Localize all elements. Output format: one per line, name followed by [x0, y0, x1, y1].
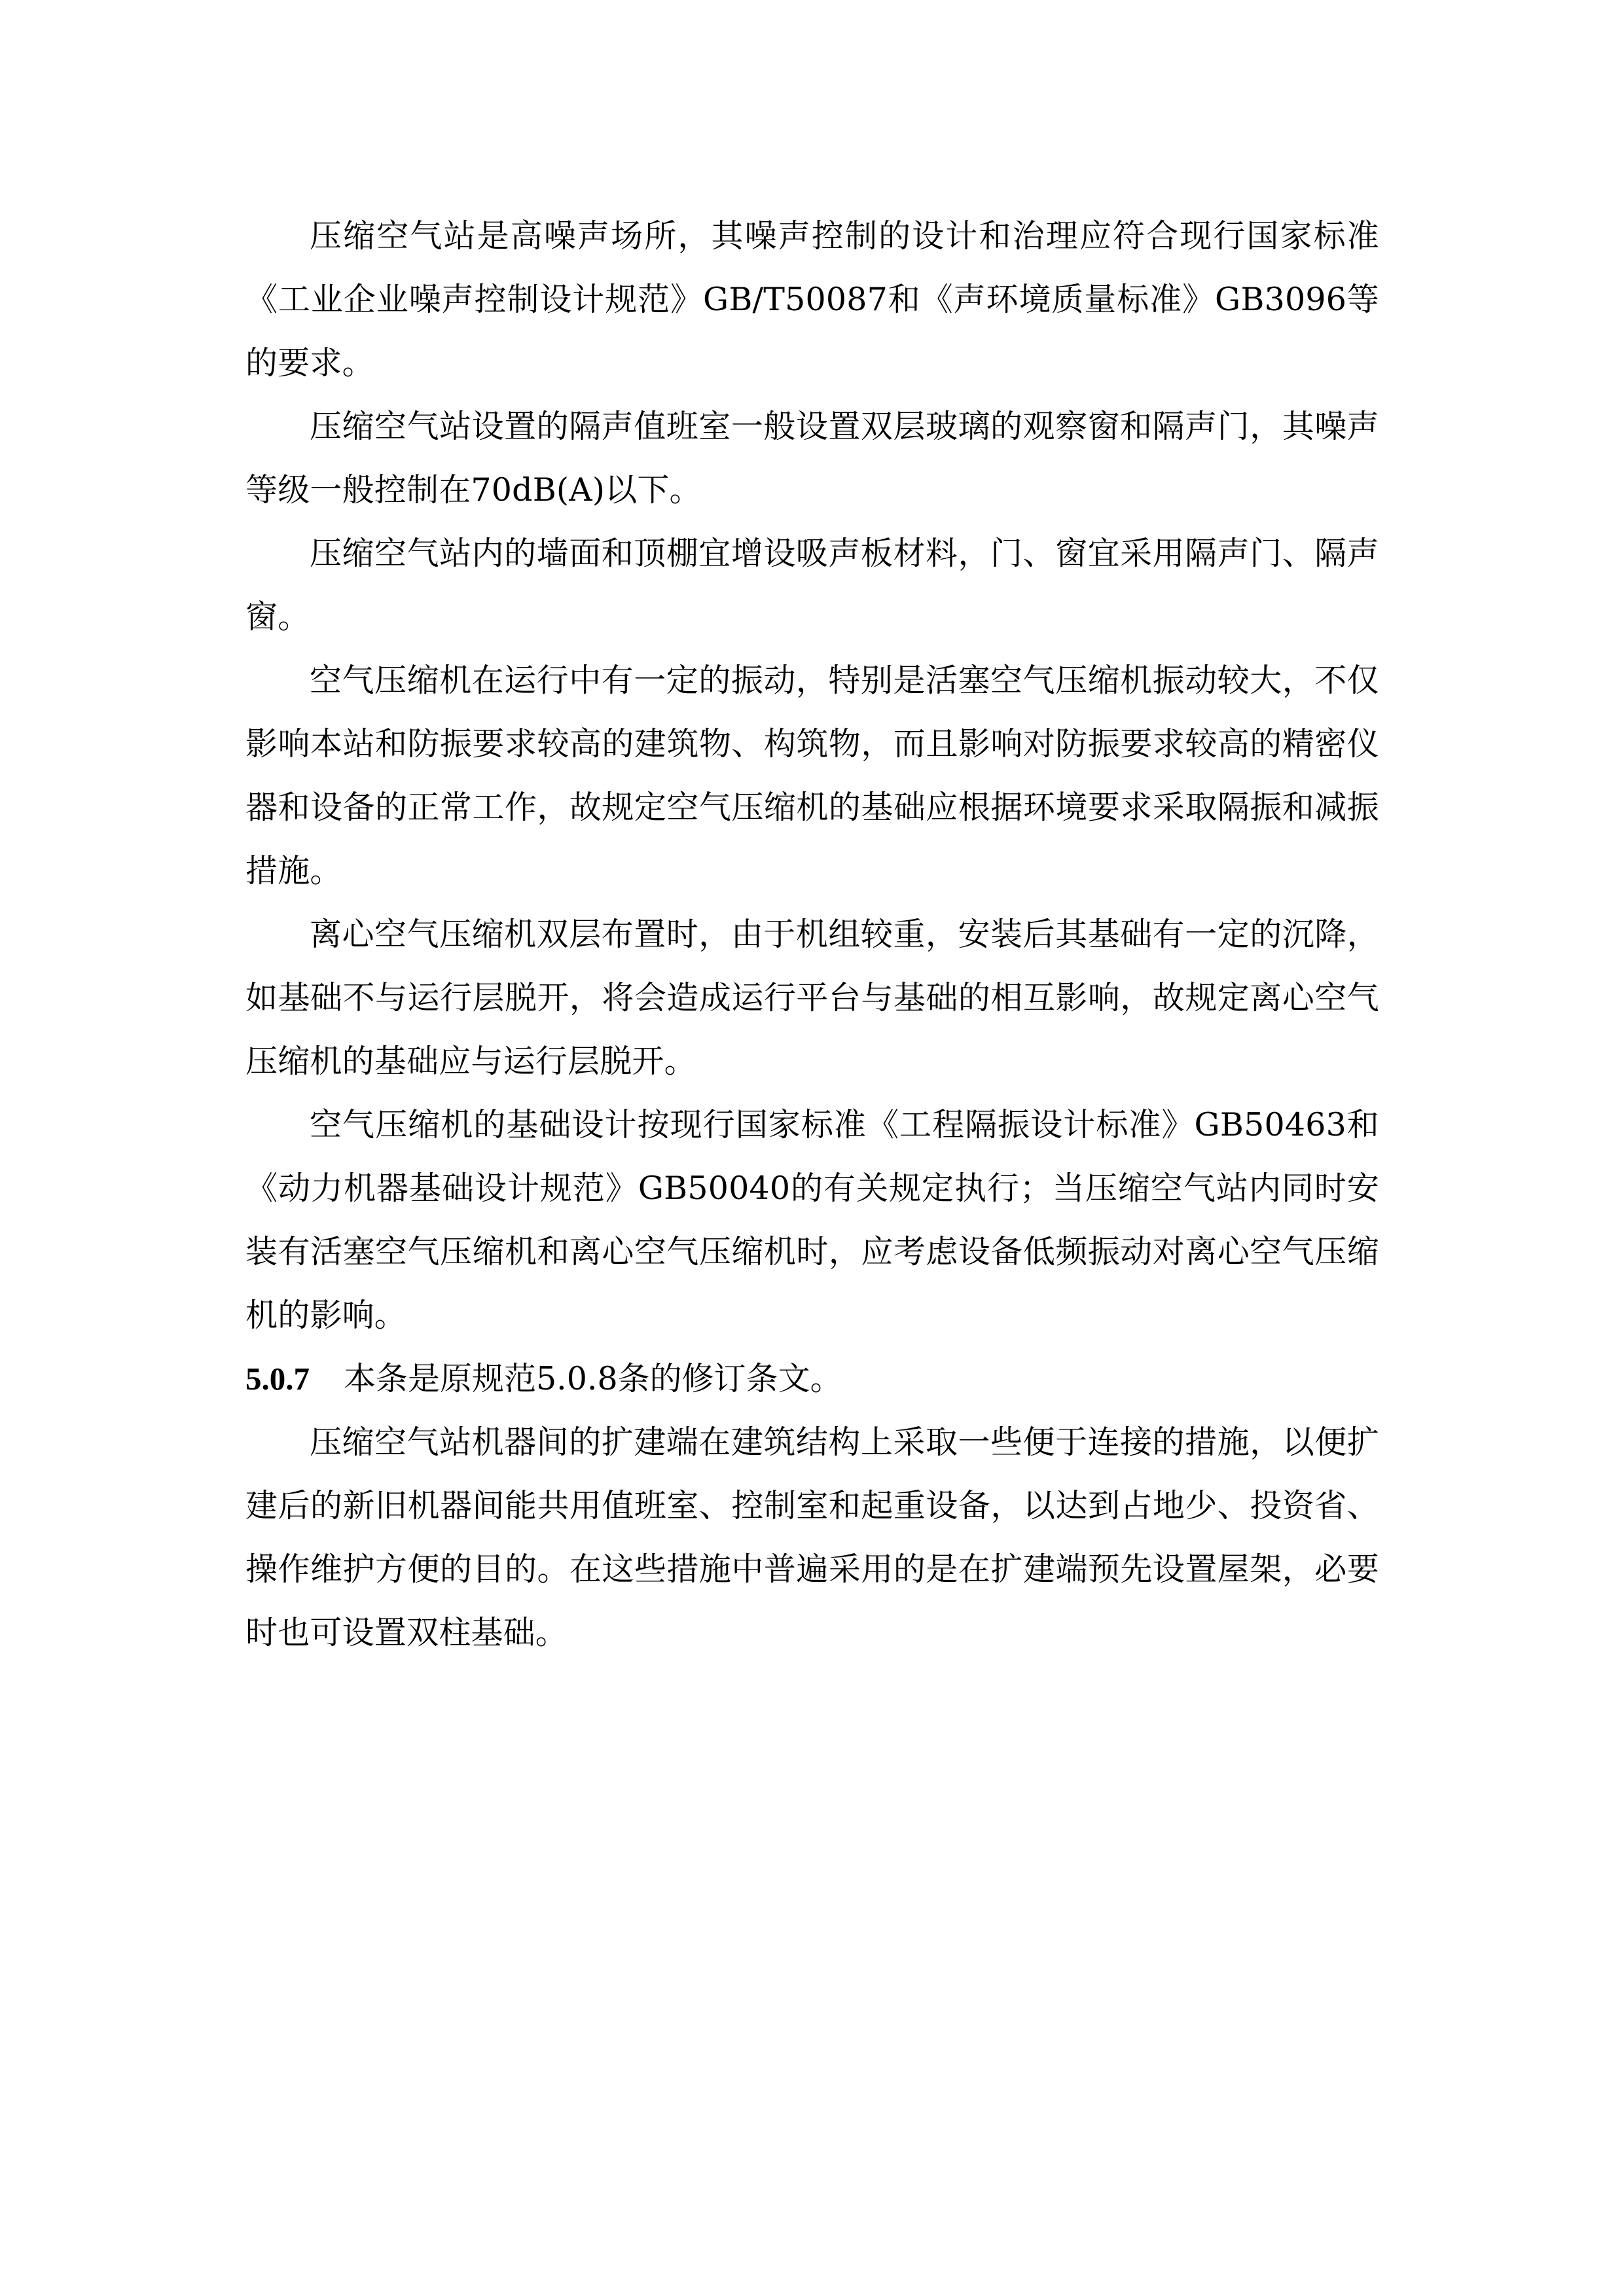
paragraph-centrifugal-foundation: 离心空气压缩机双层布置时，由于机组较重，安装后其基础有一定的沉降，如基础不与运行…	[245, 903, 1379, 1093]
paragraph-foundation-design-standards: 空气压缩机的基础设计按现行国家标准《工程隔振设计标准》GB50463和《动力机器…	[245, 1093, 1379, 1347]
paragraph-expansion-end: 压缩空气站机器间的扩建端在建筑结构上采取一些便于连接的措施，以便扩建后的新旧机器…	[245, 1410, 1379, 1664]
paragraph-sound-absorbing-materials: 压缩空气站内的墙面和顶棚宜增设吸声板材料，门、窗宜采用隔声门、隔声窗。	[245, 522, 1379, 649]
document-page: 压缩空气站是高噪声场所，其噪声控制的设计和治理应符合现行国家标准《工业企业噪声控…	[245, 204, 1379, 1664]
clause-heading: 5.0.7本条是原规范5.0.8条的修订条文。	[245, 1347, 1379, 1410]
paragraph-noise-control-standards: 压缩空气站是高噪声场所，其噪声控制的设计和治理应符合现行国家标准《工业企业噪声控…	[245, 204, 1379, 395]
clause-text: 本条是原规范5.0.8条的修订条文。	[344, 1360, 842, 1397]
paragraph-compressor-vibration: 空气压缩机在运行中有一定的振动，特别是活塞空气压缩机振动较大，不仅影响本站和防振…	[245, 649, 1379, 903]
clause-number: 5.0.7	[245, 1347, 344, 1410]
paragraph-soundproof-duty-room: 压缩空气站设置的隔声值班室一般设置双层玻璃的观察窗和隔声门，其噪声等级一般控制在…	[245, 395, 1379, 522]
